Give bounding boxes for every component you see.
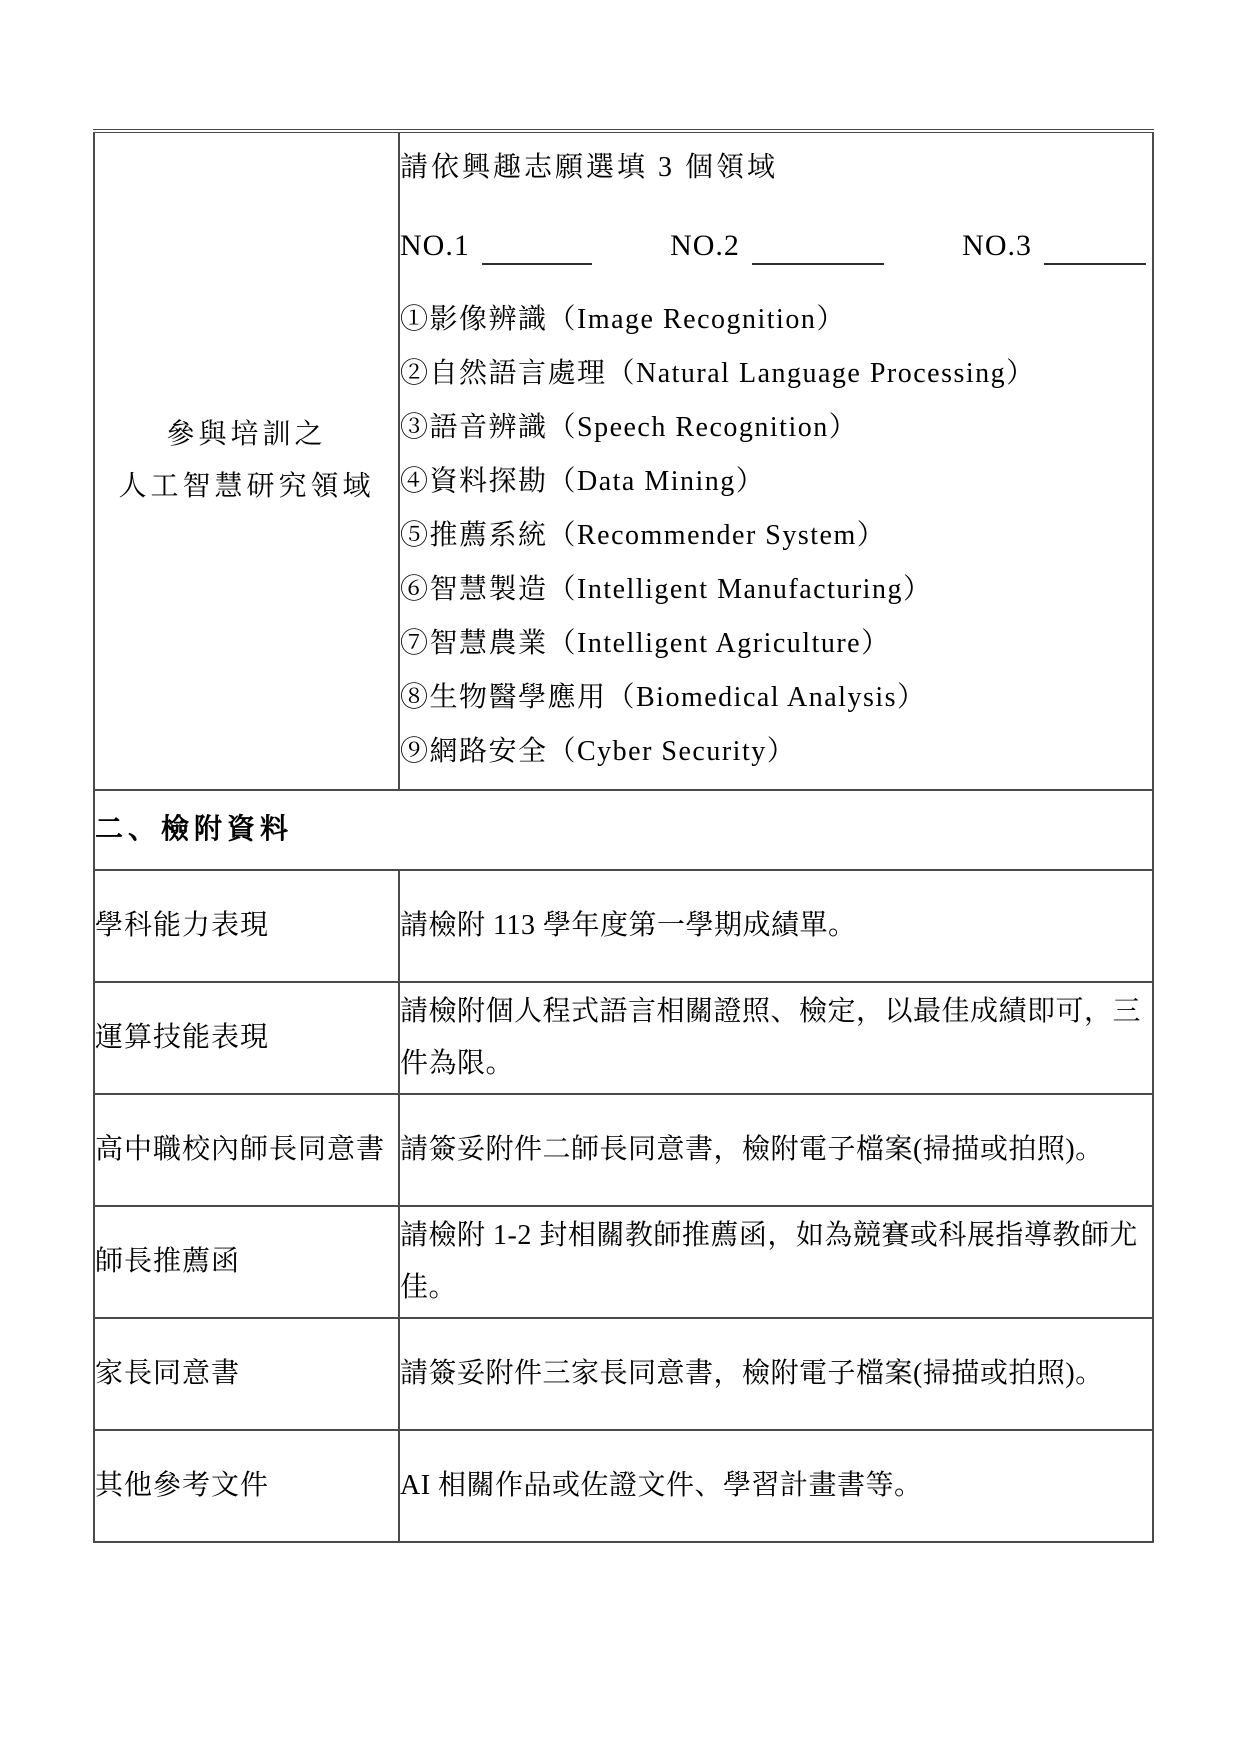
preference-3-group: NO.3	[962, 227, 1146, 265]
areas-intro-text: 請依興趣志願選填 3 個領域	[400, 143, 1152, 193]
row-description: AI 相關作品或佐證文件、學習計畫書等。	[399, 1430, 1153, 1542]
row-label: 家長同意書	[94, 1318, 399, 1430]
area-item-1: ①影像辨識（Image Recognition）	[400, 293, 1152, 347]
document-page: 參與培訓之 人工智慧研究領域 請依興趣志願選填 3 個領域 NO.1 NO.2	[0, 0, 1241, 1754]
row-description: 請簽妥附件二師長同意書，檢附電子檔案(掃描或拍照)。	[399, 1094, 1153, 1206]
area-item-7: ⑦智慧農業（Intelligent Agriculture）	[400, 617, 1152, 671]
section-header-cell: 二、檢附資料	[94, 790, 1153, 870]
table-row-academic-performance: 學科能力表現 請檢附 113 學年度第一學期成績單。	[94, 870, 1153, 982]
area-item-2: ②自然語言處理（Natural Language Processing）	[400, 347, 1152, 401]
row-description: 請簽妥附件三家長同意書，檢附電子檔案(掃描或拍照)。	[399, 1318, 1153, 1430]
table-row-school-teacher-consent: 高中職校內師長同意書 請簽妥附件二師長同意書，檢附電子檔案(掃描或拍照)。	[94, 1094, 1153, 1206]
preference-1-blank-line	[482, 227, 592, 265]
preference-1-group: NO.1	[400, 227, 592, 265]
table-row-parent-consent: 家長同意書 請簽妥附件三家長同意書，檢附電子檔案(掃描或拍照)。	[94, 1318, 1153, 1430]
preference-3-label: NO.3	[962, 227, 1032, 265]
preference-2-label: NO.2	[670, 227, 740, 265]
row-label: 其他參考文件	[94, 1430, 399, 1542]
table-row-computing-skills: 運算技能表現 請檢附個人程式語言相關證照、檢定，以最佳成績即可，三件為限。	[94, 982, 1153, 1094]
area-item-3: ③語音辨識（Speech Recognition）	[400, 401, 1152, 455]
row-description: 請檢附個人程式語言相關證照、檢定，以最佳成績即可，三件為限。	[399, 982, 1153, 1094]
row-label: 高中職校內師長同意書	[94, 1094, 399, 1206]
row-description: 請檢附 1-2 封相關教師推薦函，如為競賽或科展指導教師尤佳。	[399, 1206, 1153, 1318]
preference-3-blank-line	[1044, 227, 1146, 265]
table-row-section-header: 二、檢附資料	[94, 790, 1153, 870]
application-form-table: 參與培訓之 人工智慧研究領域 請依興趣志願選填 3 個領域 NO.1 NO.2	[93, 129, 1154, 1543]
area-item-6: ⑥智慧製造（Intelligent Manufacturing）	[400, 563, 1152, 617]
area-item-4: ④資料探勘（Data Mining）	[400, 455, 1152, 509]
area-item-9: ⑨網路安全（Cyber Security）	[400, 725, 1152, 779]
preference-1-label: NO.1	[400, 227, 470, 265]
research-areas-list: ①影像辨識（Image Recognition） ②自然語言處理（Natural…	[400, 293, 1152, 779]
research-areas-label-line2: 人工智慧研究領域	[95, 461, 398, 513]
table-row-recommendation-letter: 師長推薦函 請檢附 1-2 封相關教師推薦函，如為競賽或科展指導教師尤佳。	[94, 1206, 1153, 1318]
research-areas-label-line1: 參與培訓之	[95, 409, 398, 461]
table-row-other-documents: 其他參考文件 AI 相關作品或佐證文件、學習計畫書等。	[94, 1430, 1153, 1542]
area-item-8: ⑧生物醫學應用（Biomedical Analysis）	[400, 671, 1152, 725]
row-label: 運算技能表現	[94, 982, 399, 1094]
row-label: 學科能力表現	[94, 870, 399, 982]
row-description: 請檢附 113 學年度第一學期成績單。	[399, 870, 1153, 982]
preference-blanks-row: NO.1 NO.2 NO.3	[400, 219, 1146, 265]
preference-2-group: NO.2	[670, 227, 884, 265]
table-row-research-areas: 參與培訓之 人工智慧研究領域 請依興趣志願選填 3 個領域 NO.1 NO.2	[94, 131, 1153, 790]
row-label: 師長推薦函	[94, 1206, 399, 1318]
research-areas-label-cell: 參與培訓之 人工智慧研究領域	[94, 131, 399, 790]
preference-2-blank-line	[752, 227, 884, 265]
research-areas-content-cell: 請依興趣志願選填 3 個領域 NO.1 NO.2 NO.3	[399, 131, 1153, 790]
section-header-text: 二、檢附資料	[95, 814, 293, 845]
area-item-5: ⑤推薦系統（Recommender System）	[400, 509, 1152, 563]
